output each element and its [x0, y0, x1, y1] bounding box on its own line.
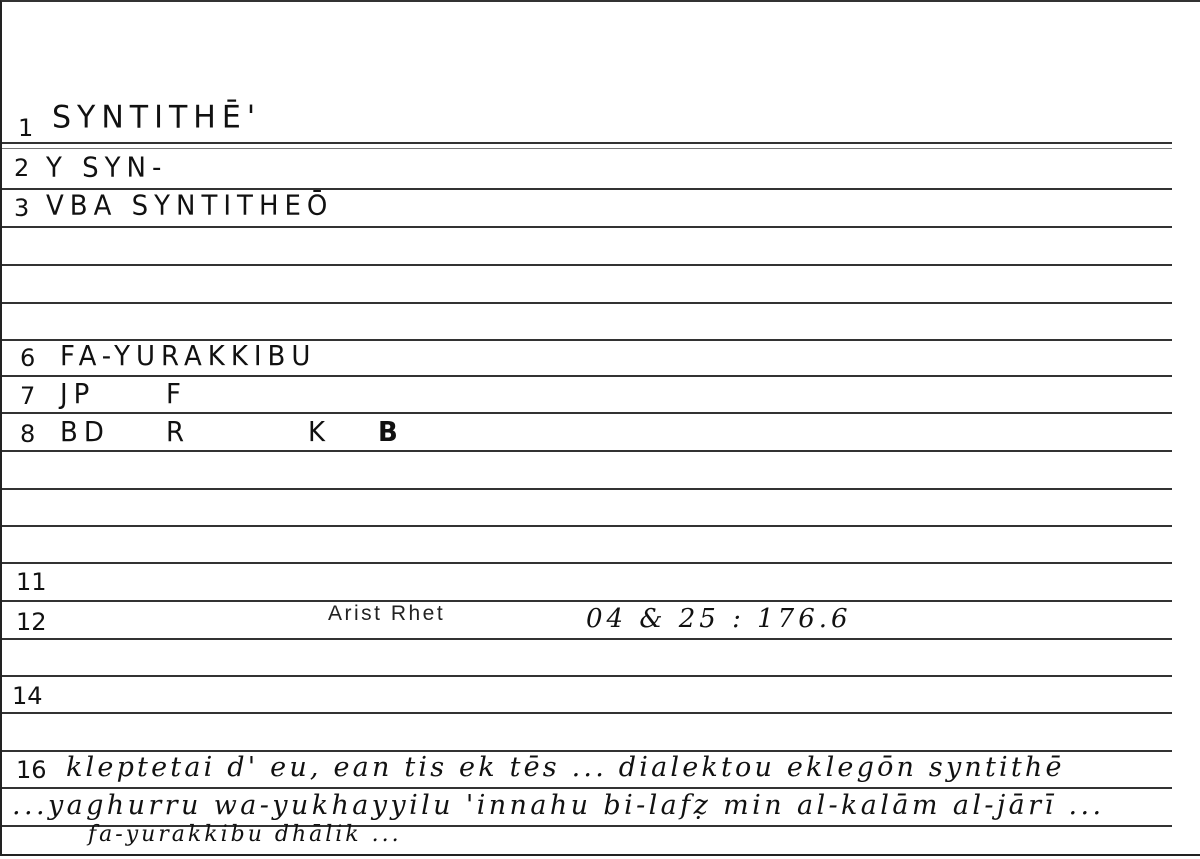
line-number: 2 [14, 154, 29, 182]
line-number: 7 [20, 382, 35, 410]
rule-line [2, 375, 1172, 377]
rule-line [2, 562, 1172, 564]
rule-line [2, 412, 1172, 414]
line-number: 16 [16, 756, 47, 784]
line-number: 6 [20, 344, 35, 372]
rule-line [2, 787, 1172, 789]
page-reference: 04 & 25 : 176.6 [586, 606, 852, 632]
rule-line [2, 148, 1172, 149]
rule-line [2, 638, 1172, 640]
rule-line [2, 712, 1172, 714]
arabic-quotation: ...yaghurru wa-yukhayyilu 'innahu bi-laf… [12, 792, 1104, 819]
rule-line [2, 600, 1172, 602]
rule-line [2, 488, 1172, 490]
rule-line [2, 188, 1172, 190]
line-number: 12 [16, 608, 47, 636]
arabic-entry: FA-YURAKKIBU [60, 343, 316, 370]
rule-line [2, 525, 1172, 527]
verb-entry: VBA SYNTITHEŌ [46, 193, 333, 220]
rule-line [2, 450, 1172, 452]
arabic-quotation-continued: fa-yurakkibu dhālik ... [88, 824, 402, 846]
root-letter: F [166, 381, 187, 408]
root-letter: K [308, 419, 331, 446]
rule-line [2, 302, 1172, 304]
rule-line [2, 675, 1172, 677]
rule-line [2, 142, 1172, 144]
grammar-code: BD [60, 419, 110, 446]
root-letter: R [166, 419, 190, 446]
rule-line [2, 264, 1172, 266]
root-letter: B [378, 419, 404, 446]
line-number: 1 [18, 114, 33, 142]
root-entry: Y SYN- [46, 155, 167, 182]
rule-line [2, 226, 1172, 228]
grammar-code: JP [60, 381, 95, 408]
headword: SYNTITHĒ' [52, 103, 261, 135]
source-citation: Arist Rhet [328, 602, 445, 626]
line-number: 11 [16, 568, 47, 596]
line-number: 14 [12, 682, 43, 710]
greek-quotation: kleptetai d' eu, ean tis ek tēs ... dial… [66, 754, 1065, 781]
line-number: 8 [20, 420, 35, 448]
index-card: 1 SYNTITHĒ' 2 Y SYN- 3 VBA SYNTITHEŌ 6 F… [0, 0, 1200, 856]
line-number: 3 [14, 194, 29, 222]
